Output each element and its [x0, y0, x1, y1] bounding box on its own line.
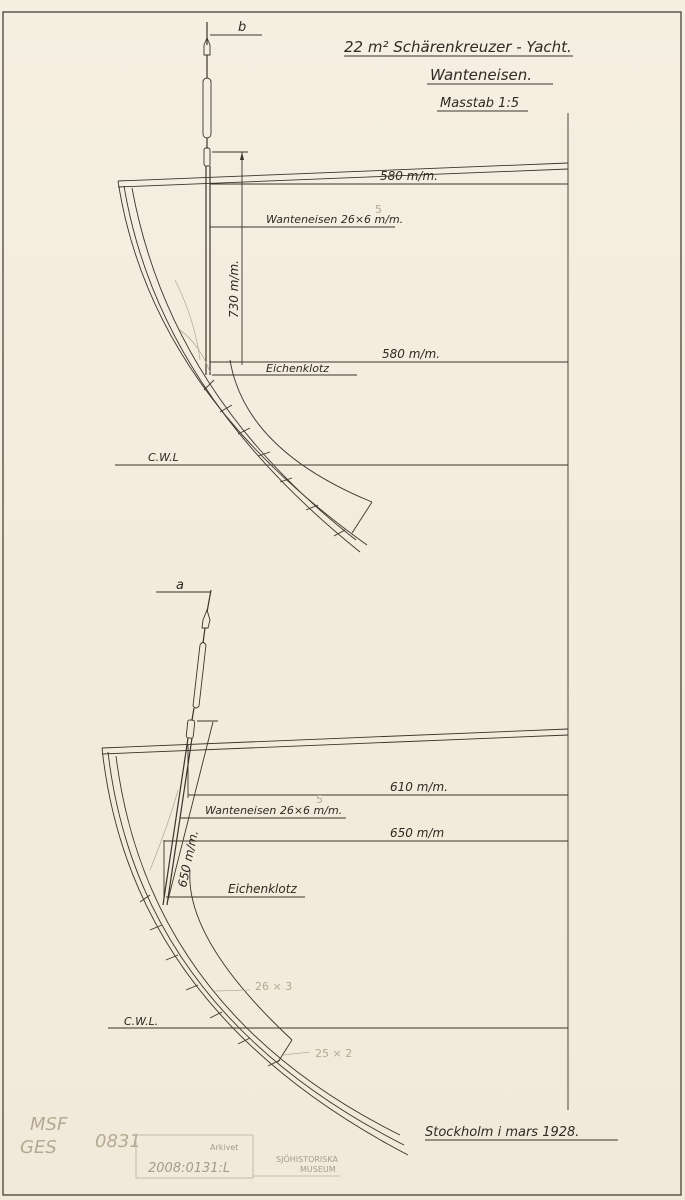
archive-stamp-number: 2008:0131:L — [148, 1161, 230, 1176]
sheet-border — [3, 12, 681, 1195]
detail-b-label: b — [238, 20, 246, 35]
detail-a-lower-dim: 650 m/m — [390, 826, 444, 840]
drawing-scale: Masstab 1:5 — [440, 96, 519, 111]
title-block: 22 m² Schärenkreuzer - Yacht. Wanteneise… — [344, 38, 573, 111]
archive-code-1: MSF — [30, 1114, 68, 1135]
detail-b-waterline: C.W.L — [148, 451, 179, 464]
archive-number: 0831 — [95, 1131, 141, 1152]
detail-a: a 650 m/m. — [102, 578, 568, 1155]
detail-a-pencil-frame-note: 26 × 3 — [255, 980, 292, 993]
detail-b-height-dim: 730 m/m. — [227, 260, 241, 318]
museum-line-1: SJÖHISTORISKA — [276, 1154, 338, 1164]
detail-a-beam-dim: 610 m/m. — [390, 780, 448, 794]
detail-b-plate-label: Wanteneisen 26×6 m/m. — [266, 213, 403, 226]
detail-a-label: a — [176, 578, 184, 593]
detail-b-beam-dim: 580 m/m. — [380, 169, 438, 183]
technical-drawing: 22 m² Schärenkreuzer - Yacht. Wanteneise… — [0, 0, 685, 1200]
drawing-subtitle: Wanteneisen. — [430, 66, 532, 84]
detail-a-waterline: C.W.L. — [124, 1015, 158, 1028]
archive-marks: MSF GES 0831 Arkivet 2008:0131:L SJÖHIST… — [20, 1114, 340, 1178]
detail-a-height-dim: 650 m/m. — [175, 829, 201, 889]
detail-b-block-label: Eichenklotz — [266, 362, 329, 375]
drawing-title: 22 m² Schärenkreuzer - Yacht. — [344, 38, 572, 56]
detail-a-pencil-plank-note: 25 × 2 — [315, 1047, 352, 1060]
detail-b-pencil-note: 5 — [375, 203, 382, 216]
place-date: Stockholm i mars 1928. — [425, 1125, 579, 1140]
museum-line-2: MUSEUM — [300, 1165, 336, 1174]
detail-b-lower-dim: 580 m/m. — [382, 347, 440, 361]
detail-a-plate-label: Wanteneisen 26×6 m/m. — [205, 804, 342, 817]
drawing-sheet: 22 m² Schärenkreuzer - Yacht. Wanteneise… — [0, 0, 685, 1200]
archive-code-2: GES — [20, 1137, 57, 1158]
detail-a-block-label: Eichenklotz — [228, 882, 297, 896]
archive-stamp-label: Arkivet — [210, 1143, 238, 1152]
